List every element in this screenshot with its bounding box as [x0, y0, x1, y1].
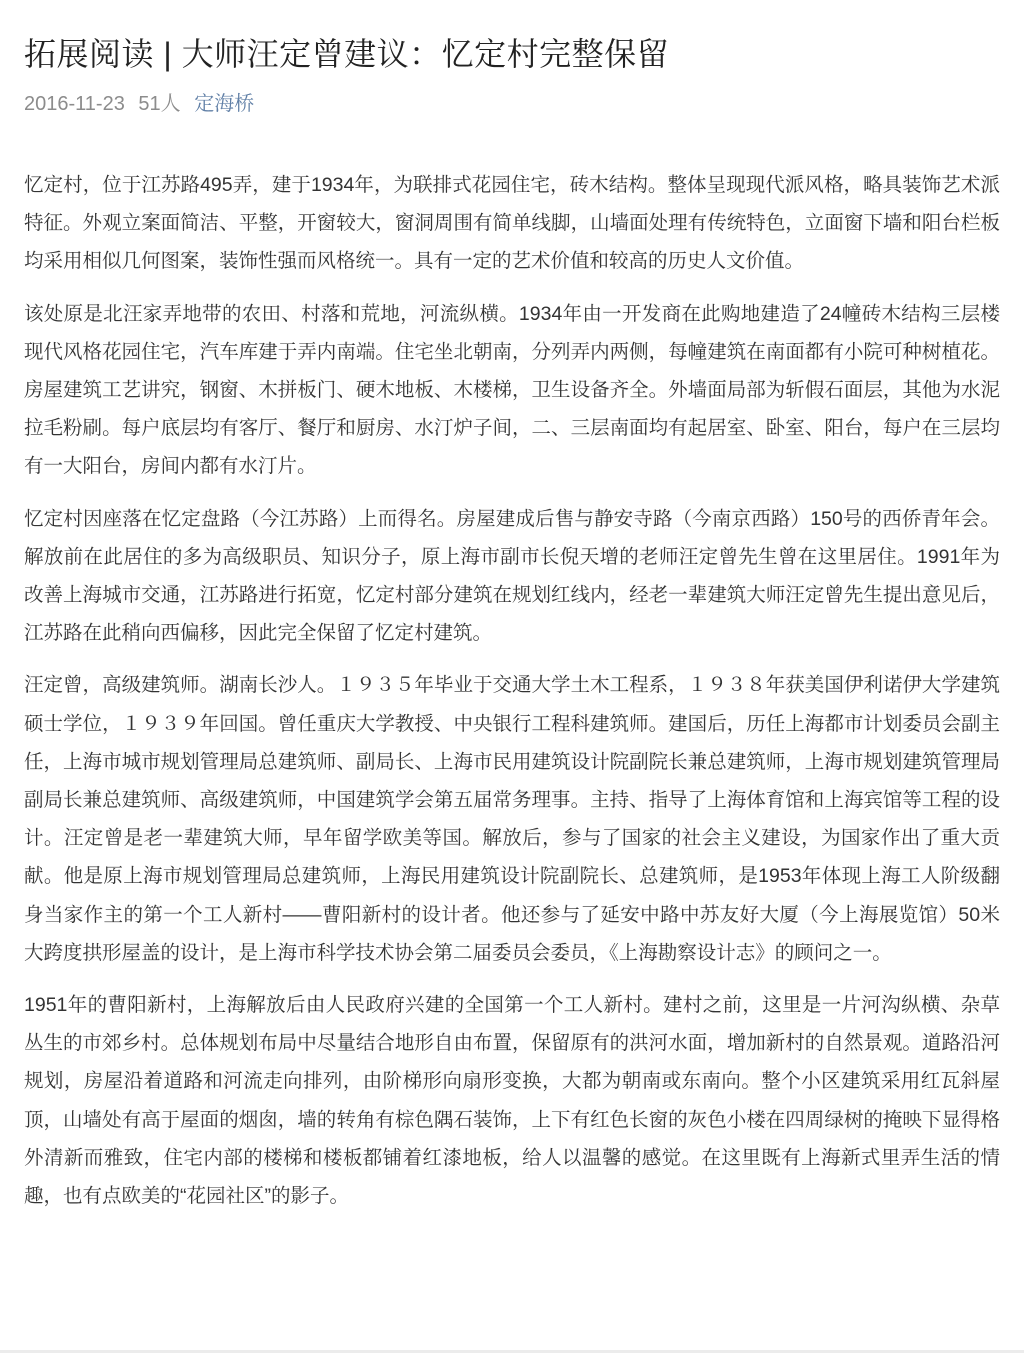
article-meta: 2016-11-23 51人 定海桥 [24, 88, 1000, 120]
paragraph-1: 忆定村，位于江苏路495弄，建于1934年，为联排式花园住宅，砖木结构。整体呈现… [24, 166, 1000, 281]
publish-date: 2016-11-23 [24, 93, 125, 115]
paragraph-3: 忆定村因座落在忆定盘路（今江苏路）上而得名。房屋建成后售与静安寺路（今南京西路）… [24, 500, 1000, 653]
paragraph-5: 1951年的曹阳新村，上海解放后由人民政府兴建的全国第一个工人新村。建村之前，这… [24, 986, 1000, 1215]
article-content: 忆定村，位于江苏路495弄，建于1934年，为联排式花园住宅，砖木结构。整体呈现… [24, 166, 1000, 1215]
author-link[interactable]: 定海桥 [194, 93, 254, 115]
paragraph-2: 该处原是北汪家弄地带的农田、村落和荒地，河流纵横。1934年由一开发商在此购地建… [24, 295, 1000, 486]
read-count: 51人 [138, 93, 180, 115]
article-title: 拓展阅读 | 大师汪定曾建议：忆定村完整保留 [24, 0, 1000, 78]
paragraph-4: 汪定曾，高级建筑师。湖南长沙人。１９３５年毕业于交通大学土木工程系，１９３８年获… [24, 666, 1000, 972]
article: 拓展阅读 | 大师汪定曾建议：忆定村完整保留 2016-11-23 51人 定海… [24, 0, 1000, 1229]
